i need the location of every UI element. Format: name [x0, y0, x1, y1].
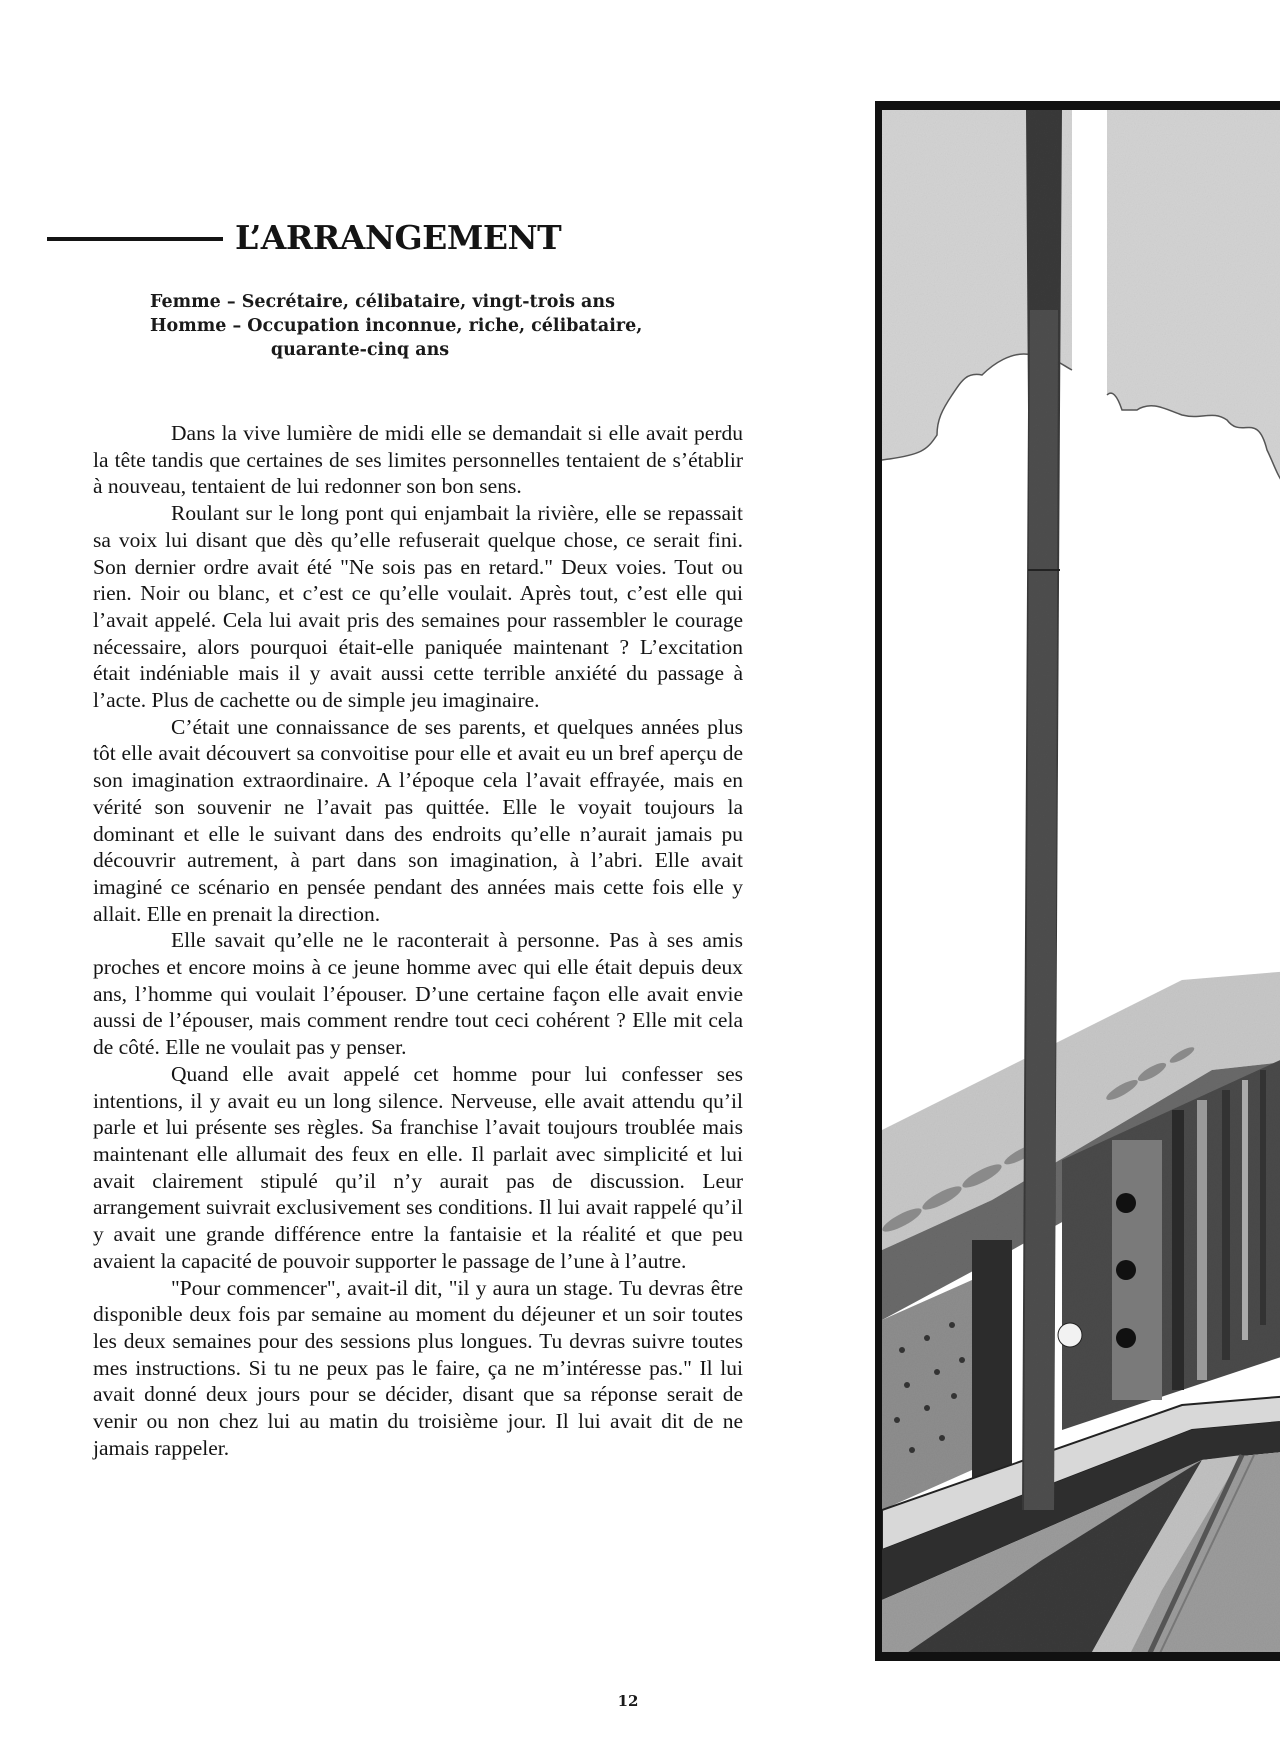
body-text: Dans la vive lumière de midi elle se dem… — [93, 420, 743, 1461]
character-list: Femme – Secrétaire, célibataire, vingt-t… — [150, 290, 570, 362]
chapter-title: L’ARRANGEMENT — [235, 218, 561, 257]
paragraph: Dans la vive lumière de midi elle se dem… — [93, 420, 743, 500]
paragraph: Roulant sur le long pont qui enjambait l… — [93, 500, 743, 714]
paragraph: Elle savait qu’elle ne le raconterait à … — [93, 927, 743, 1061]
character-line: Femme – Secrétaire, célibataire, vingt-t… — [150, 290, 570, 314]
bridge-drawing-icon — [882, 110, 1280, 1661]
title-rule — [47, 237, 223, 241]
character-line: Homme – Occupation inconnue, riche, céli… — [150, 314, 570, 338]
chapter-heading: L’ARRANGEMENT — [47, 212, 561, 262]
page-number: 12 — [600, 1692, 656, 1710]
bridge-illustration — [875, 101, 1280, 1661]
paragraph: C’était une connaissance de ses parents,… — [93, 714, 743, 928]
character-line: quarante-cinq ans — [150, 338, 570, 362]
paragraph: Quand elle avait appelé cet homme pour l… — [93, 1061, 743, 1275]
paragraph: "Pour commencer", avait-il dit, "il y au… — [93, 1275, 743, 1462]
